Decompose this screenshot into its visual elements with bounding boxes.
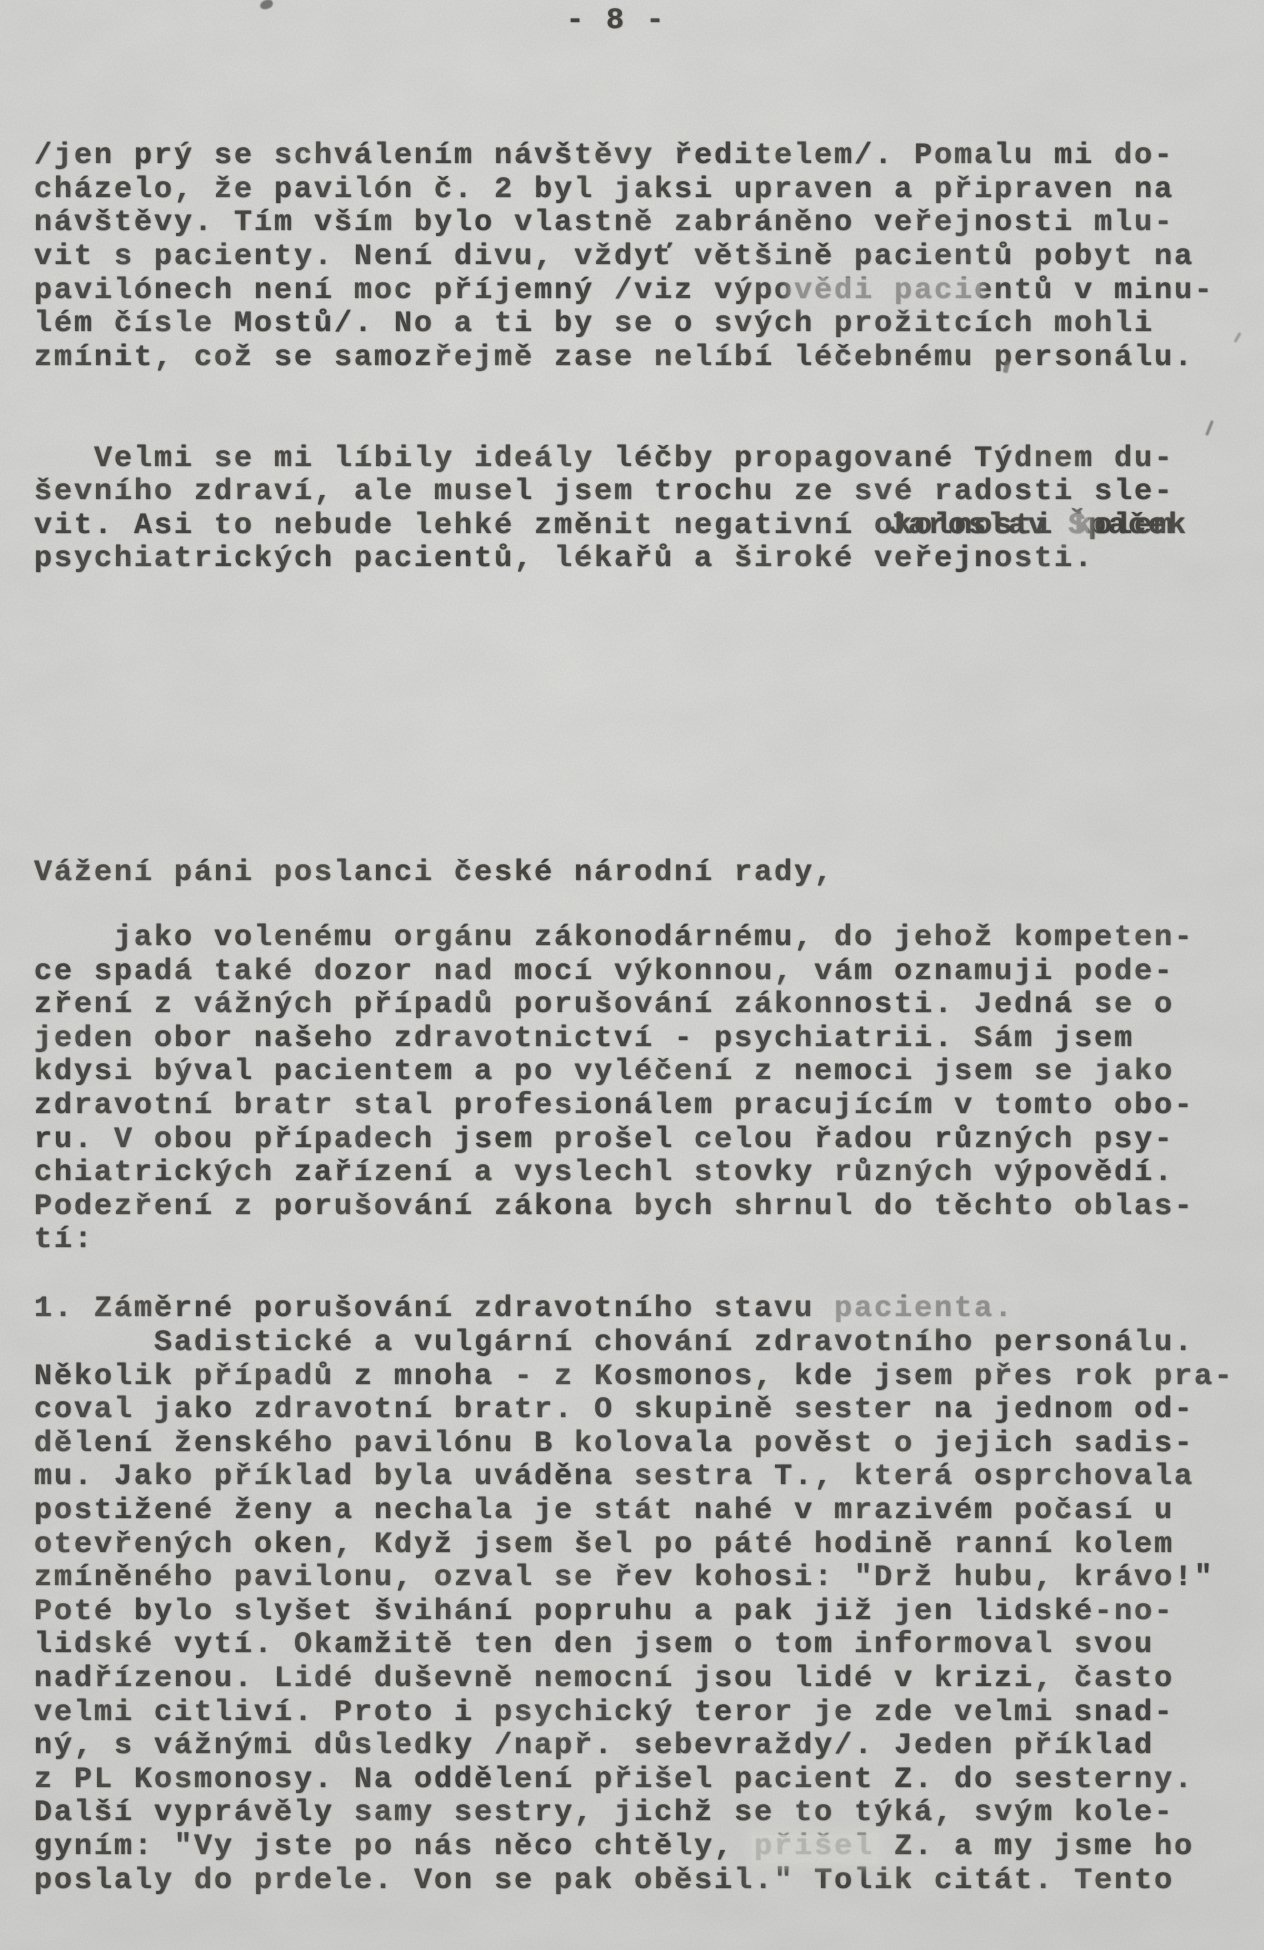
article-signature: Jaroslav Špaček (888, 510, 1188, 544)
letter-section-1-heading: 1. Záměrné porušování zdravotního stavu … (34, 1293, 1014, 1327)
paper-speck (1233, 332, 1241, 343)
scanned-typewritten-page: - 8 - /jen prý se schválením návštěvy ře… (0, 0, 1264, 1950)
article-conclusion-block: /jen prý se schválením návštěvy ředitele… (34, 73, 1214, 644)
letter-intro-paragraph: jako volenému orgánu zákonodárnému, do j… (34, 922, 1194, 1258)
article-paragraph-1: /jen prý se schválením návštěvy ředitele… (34, 140, 1214, 375)
letter-section-1-body: Sadistické a vulgární chování zdravotníh… (34, 1327, 1234, 1898)
letter-salutation: Vážení páni poslanci české národní rady, (34, 857, 834, 891)
page-number: - 8 - (0, 5, 1248, 39)
